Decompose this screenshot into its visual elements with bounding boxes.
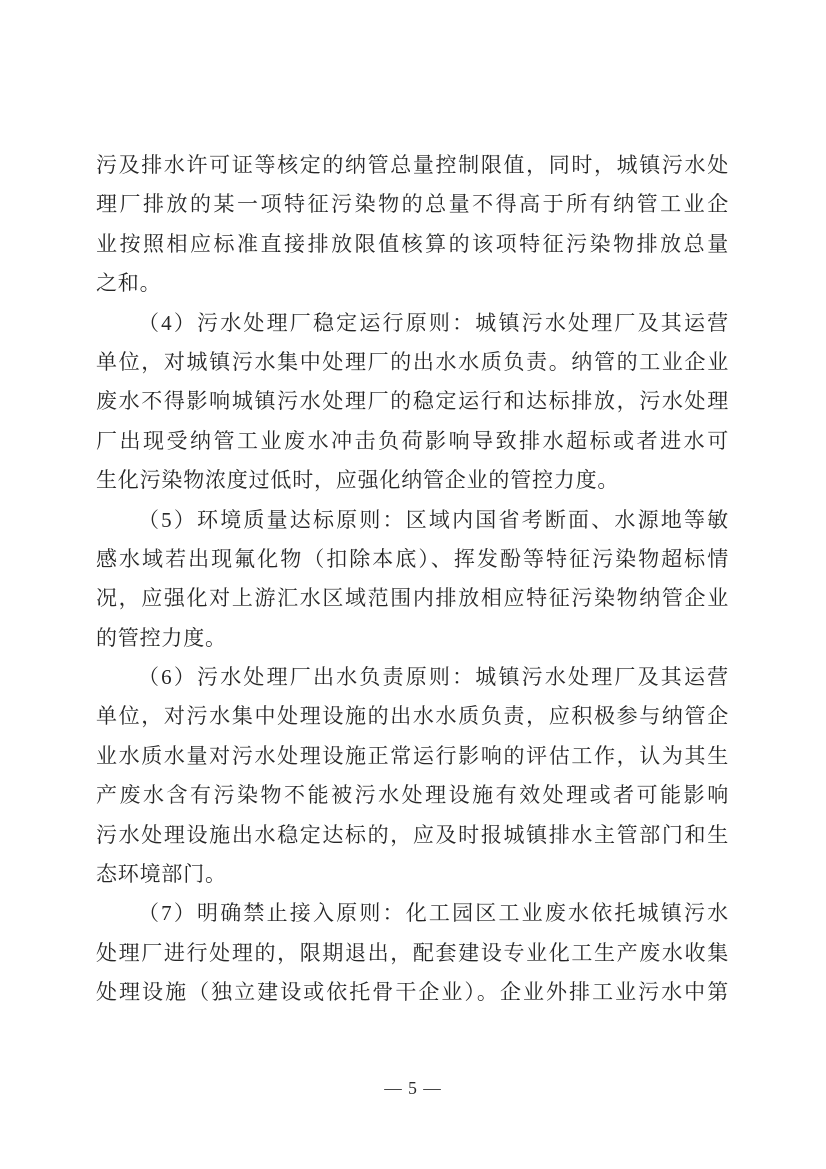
text-line: 理厂排放的某一项特征污染物的总量不得高于所有纳管工业企 bbox=[96, 185, 729, 224]
text-line: （5）环境质量达标原则：区域内国省考断面、水源地等敏 bbox=[96, 501, 729, 540]
paragraph-continuation: 污及排水许可证等核定的纳管总量控制限值，同时，城镇污水处理厂排放的某一项特征污染… bbox=[96, 146, 729, 304]
text-line: 单位，对污水集中处理设施的出水水质负责，应积极参与纳管企 bbox=[96, 697, 729, 736]
text-line: （7）明确禁止接入原则：化工园区工业废水依托城镇污水 bbox=[96, 894, 729, 933]
text-line: 生化污染物浓度过低时，应强化纳管企业的管控力度。 bbox=[96, 461, 729, 500]
text-line: 产废水含有污染物不能被污水处理设施有效处理或者可能影响 bbox=[96, 776, 729, 815]
paragraph-item-7: （7）明确禁止接入原则：化工园区工业废水依托城镇污水处理厂进行处理的，限期退出，… bbox=[96, 894, 729, 1012]
text-line: 态环境部门。 bbox=[96, 855, 729, 894]
document-body: 污及排水许可证等核定的纳管总量控制限值，同时，城镇污水处理厂排放的某一项特征污染… bbox=[96, 146, 729, 1013]
text-line: （6）污水处理厂出水负责原则：城镇污水处理厂及其运营 bbox=[96, 658, 729, 697]
text-line: 污水处理设施出水稳定达标的，应及时报城镇排水主管部门和生 bbox=[96, 816, 729, 855]
document-page: 污及排水许可证等核定的纳管总量控制限值，同时，城镇污水处理厂排放的某一项特征污染… bbox=[0, 0, 826, 1169]
text-line: 之和。 bbox=[96, 264, 729, 303]
text-line: 感水域若出现氟化物（扣除本底）、挥发酚等特征污染物超标情 bbox=[96, 540, 729, 579]
text-line: （4）污水处理厂稳定运行原则：城镇污水处理厂及其运营 bbox=[96, 304, 729, 343]
paragraph-item-5: （5）环境质量达标原则：区域内国省考断面、水源地等敏感水域若出现氟化物（扣除本底… bbox=[96, 501, 729, 659]
page-number: — 5 — bbox=[0, 1078, 826, 1099]
text-line: 业按照相应标准直接排放限值核算的该项特征污染物排放总量 bbox=[96, 225, 729, 264]
paragraph-item-4: （4）污水处理厂稳定运行原则：城镇污水处理厂及其运营单位，对城镇污水集中处理厂的… bbox=[96, 304, 729, 501]
text-line: 厂出现受纳管工业废水冲击负荷影响导致排水超标或者进水可 bbox=[96, 422, 729, 461]
text-line: 业水质水量对污水处理设施正常运行影响的评估工作，认为其生 bbox=[96, 737, 729, 776]
text-line: 污及排水许可证等核定的纳管总量控制限值，同时，城镇污水处 bbox=[96, 146, 729, 185]
text-line: 单位，对城镇污水集中处理厂的出水水质负责。纳管的工业企业 bbox=[96, 343, 729, 382]
text-line: 处理厂进行处理的，限期退出，配套建设专业化工生产废水收集 bbox=[96, 934, 729, 973]
text-line: 废水不得影响城镇污水处理厂的稳定运行和达标排放，污水处理 bbox=[96, 382, 729, 421]
text-line: 处理设施（独立建设或依托骨干企业）。企业外排工业污水中第 bbox=[96, 973, 729, 1012]
paragraph-item-6: （6）污水处理厂出水负责原则：城镇污水处理厂及其运营单位，对污水集中处理设施的出… bbox=[96, 658, 729, 894]
text-line: 况，应强化对上游汇水区域范围内排放相应特征污染物纳管企业 bbox=[96, 579, 729, 618]
text-line: 的管控力度。 bbox=[96, 619, 729, 658]
